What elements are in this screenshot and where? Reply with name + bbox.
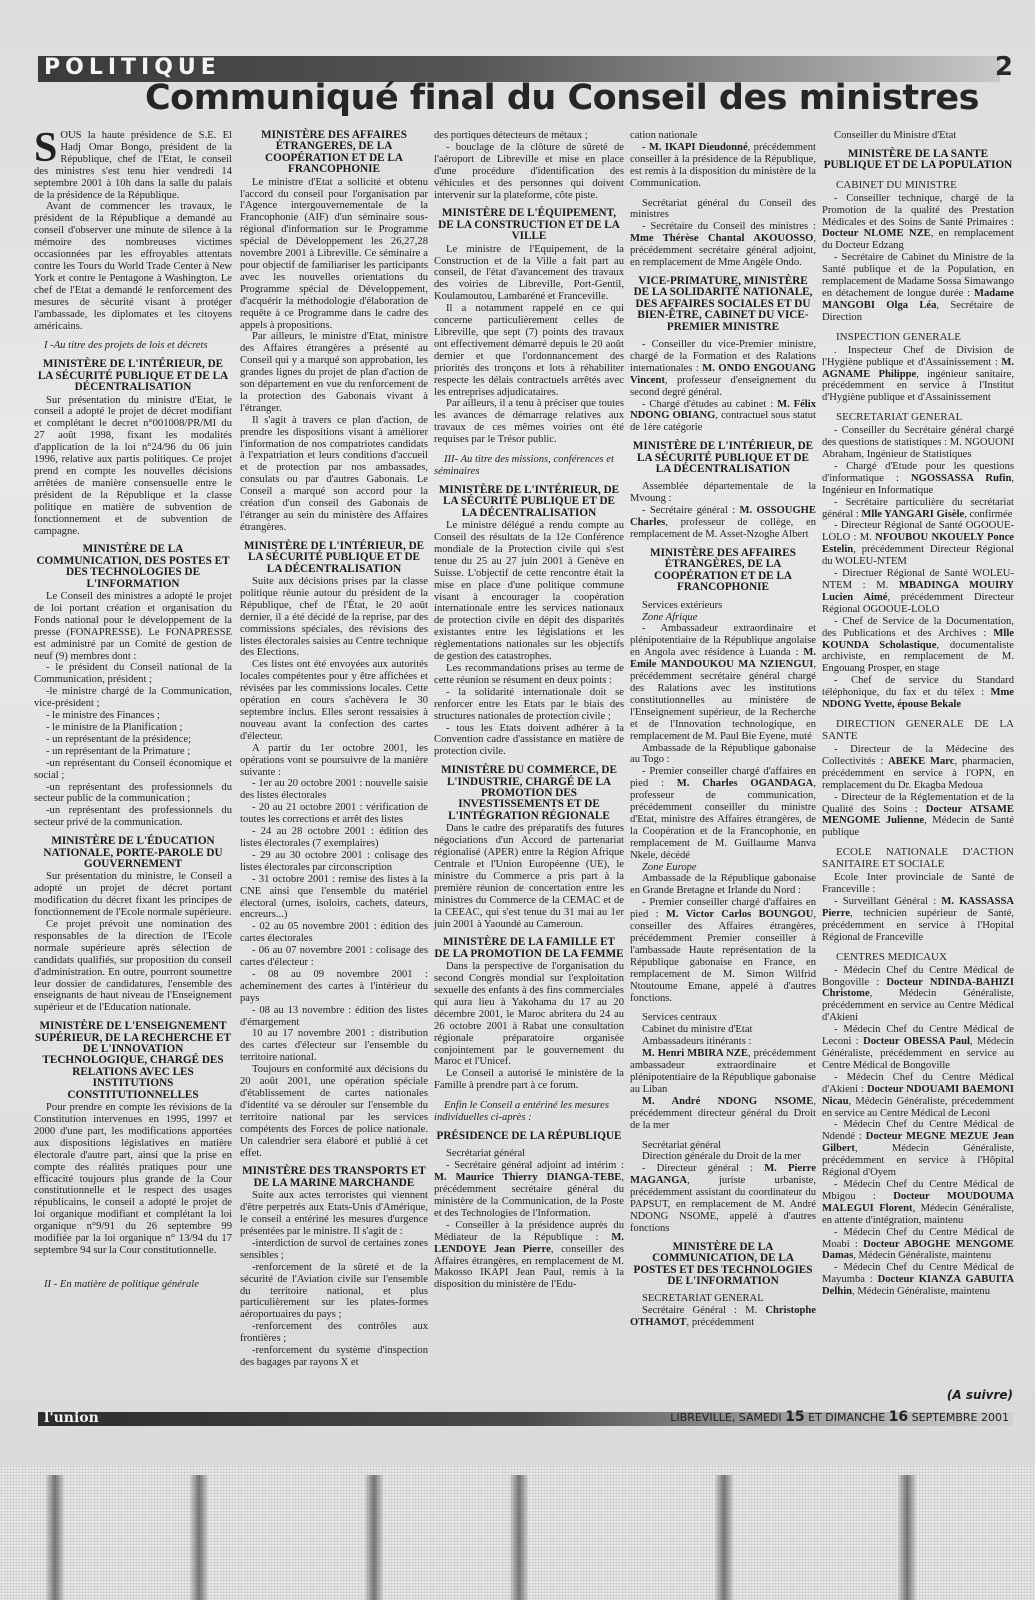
ministry-heading: MINISTÈRE DE LA SANTE PUBLIQUE ET DE LA … [822, 149, 1014, 172]
appointment: - Directeur de la Médecine des Collectiv… [822, 744, 1014, 792]
appointment: - Chef de Service de la Documentation, d… [822, 616, 1014, 676]
appointee-name: M. Victor Carlos BOUNGOU [666, 909, 813, 920]
scan-artifact [715, 1475, 733, 1600]
sub-label: Ambassadeurs itinérants : [630, 1036, 816, 1048]
sub-label: Services centraux [630, 1012, 816, 1024]
appointment: - Médecin Chef du Centre Médical de Nden… [822, 1119, 1014, 1179]
article-paragraph: Le ministre de l'Equipement, de la Const… [434, 244, 624, 304]
appointment: - Conseiller du vice-Premier ministre, c… [630, 339, 816, 399]
appointee-name: M. André NDONG NSOME [642, 1096, 813, 1107]
column-1: SOUS la haute présidence de S.E. El Hadj… [34, 130, 232, 1295]
ministry-heading: MINISTÈRE DE L'INTÉRIEUR, DE LA SÉCURITÉ… [240, 541, 428, 575]
department-label: CENTRES MEDICAUX [822, 951, 1014, 963]
appointee-name: Mme Thérèse Chantal AKOUOSSO [630, 233, 813, 244]
article-paragraph: Suite aux décisions prises par la classe… [240, 576, 428, 659]
column-4: cation nationale - M. IKAPI Dieudonné, p… [630, 130, 816, 1329]
list-item: -renforcement du système d'inspection de… [240, 1345, 428, 1369]
part-heading: II - En matière de politique générale [34, 1279, 232, 1291]
article-paragraph: Le Conseil a autorisé le ministère de la… [434, 1068, 624, 1092]
department-label: INSPECTION GENERALE [822, 331, 1014, 343]
intro-paragraph-2: Avant de commencer les travaux, le prési… [34, 201, 232, 332]
appointee-name: Mlle YANGARI Gisèle [861, 509, 964, 520]
list-item: - 20 au 21 octobre 2001 : vérification d… [240, 802, 428, 826]
ministry-heading: MINISTÈRE DES TRANSPORTS ET DE LA MARINE… [240, 1166, 428, 1189]
appointment: - Conseiller du Secrétaire général charg… [822, 425, 1014, 461]
department-label: ECOLE NATIONALE D'ACTION SANITAIRE ET SO… [822, 846, 1014, 870]
appointment: M. André NDONG NSOME, précédemment direc… [630, 1096, 816, 1132]
article-paragraph: cation nationale [630, 130, 816, 142]
article-paragraph: Sur présentation du ministre, le Conseil… [34, 871, 232, 919]
appointment: - Médecin Chef du Centre Médical de Mayu… [822, 1262, 1014, 1298]
article-paragraph: A partir du 1er octobre 2001, les opérat… [240, 743, 428, 779]
appointee-name: M. Maurice Thierry DIANGA-TEBE [434, 1172, 621, 1183]
scan-artifact [190, 1475, 208, 1600]
ministry-heading: MINISTÈRE DE LA COMMUNICATION, DES POSTE… [34, 544, 232, 590]
appointment: - Directeur Régional de Santé OGOOUE-LOL… [822, 520, 1014, 568]
zone-label: Zone Afrique [630, 612, 816, 624]
list-item: - 31 octobre 2001 : remise des listes à … [240, 874, 428, 922]
appointee-name: NGOSSASSA Rufin [911, 473, 1011, 484]
column-5: Conseiller du Ministre d'Etat MINISTÈRE … [822, 130, 1014, 1298]
appointment: - Directeur de la Réglementation et de l… [822, 792, 1014, 840]
appointment: - Secrétaire particulière du secrétariat… [822, 497, 1014, 521]
appointee-name: M. Charles OGANDAGA [677, 778, 814, 789]
article-paragraph: Ce projet prévoit une nomination des res… [34, 919, 232, 1014]
column-3: des portiques détecteurs de métaux ; - b… [434, 130, 624, 1291]
appointment: - Médecin Chef du Centre Médical de Leco… [822, 1024, 1014, 1072]
ministry-heading: VICE-PRIMATURE, MINISTÈRE DE LA SOLIDARI… [630, 276, 816, 333]
appointment: - Secrétaire général adjoint ad intérim … [434, 1160, 624, 1220]
headline: Communiqué final du Conseil des ministre… [145, 78, 905, 118]
appointment: . Inspecteur Chef de Division de l'Hygiè… [822, 345, 1014, 405]
list-item: -un représentant des professionnels du s… [34, 805, 232, 829]
appointment: - Conseiller à la présidence auprès du M… [434, 1220, 624, 1291]
article-paragraph: Il s'agit à travers ce plan d'action, de… [240, 415, 428, 534]
appointment: - Médecin Chef du Centre Médical de Bong… [822, 965, 1014, 1025]
article-paragraph: Le ministre d'Etat a sollicité et obtenu… [240, 177, 428, 332]
ministry-heading: MINISTÈRE DE L'ÉQUIPEMENT, DE LA CONSTRU… [434, 208, 624, 242]
article-paragraph: Par ailleurs, il a tenu à préciser que t… [434, 398, 624, 446]
list-item: - 02 au 05 novembre 2001 : édition des c… [240, 921, 428, 945]
article-paragraph: Pour prendre en compte les révisions de … [34, 1102, 232, 1257]
sub-label: Services extérieurs [630, 600, 816, 612]
section-label: POLITIQUE [44, 55, 221, 80]
appointment: - M. IKAPI Dieudonné, précédemment conse… [630, 142, 816, 190]
appointment: - Premier conseiller chargé d'affaires e… [630, 897, 816, 1004]
appointment: - Directeur général : M. Pierre MAGANGA,… [630, 1163, 816, 1234]
scan-artifact [365, 1475, 383, 1600]
department-label: CABINET DU MINISTRE [822, 179, 1014, 191]
article-paragraph: Le Conseil des ministres a adopté le pro… [34, 591, 232, 662]
list-item: 10 au 17 novembre 2001 : distribution de… [240, 1028, 428, 1064]
appointment: - Surveillant Général : M. KASSASSA Pier… [822, 896, 1014, 944]
scan-artifact [898, 1475, 916, 1600]
list-item: - la solidarité internationale doit se r… [434, 687, 624, 723]
appointee-name: M. Henri MBIRA NZE [642, 1048, 748, 1059]
drop-cap: S [34, 131, 57, 165]
department-label: SECRETARIAT GENERAL [822, 411, 1014, 423]
article-paragraph: Dans la perspective de l'organisation du… [434, 961, 624, 1068]
list-item: - 1er au 20 octobre 2001 : nouvelle sais… [240, 778, 428, 802]
article-paragraph: Le ministre délégué a rendu compte au Co… [434, 520, 624, 663]
list-item: - un représentant de la présidence; [34, 734, 232, 746]
list-item: -un représentant des professionnels du s… [34, 782, 232, 806]
list-item: - le ministre des Finances ; [34, 710, 232, 722]
page-number: 2 [995, 52, 1013, 82]
ministry-heading: MINISTÈRE DE LA FAMILLE ET DE LA PROMOTI… [434, 937, 624, 960]
article-paragraph: Conseiller du Ministre d'Etat [822, 130, 1014, 142]
appointee-name: ABEKE Marc [888, 756, 954, 767]
list-item: - bouclage de la clôture de sûreté de l'… [434, 142, 624, 202]
list-item: -un représentant du Conseil économique e… [34, 758, 232, 782]
appointment: - Chef de service du Standard téléphoniq… [822, 675, 1014, 711]
ministry-heading: MINISTÈRE DE L'INTÉRIEUR, DE LA SÉCURITÉ… [34, 359, 232, 393]
appointee-name: Docteur NLOME NZE [822, 228, 931, 239]
list-item: - un représentant de la Primature ; [34, 746, 232, 758]
list-item: - le ministre de la Planification ; [34, 722, 232, 734]
part-heading: III- Au titre des missions, conférences … [434, 454, 624, 478]
sub-label: Secrétariat général du Conseil des minis… [630, 198, 816, 222]
appointment: - Premier conseiller chargé d'affaires e… [630, 766, 816, 861]
article-paragraph: Les recommandations prises au terme de c… [434, 663, 624, 687]
scan-artifact [46, 1475, 64, 1600]
issue-date: Libreville, samedi 15 et dimanche 16 sep… [670, 1409, 1009, 1425]
list-item: - 24 au 28 octobre 2001 : édition des li… [240, 826, 428, 850]
sub-label: SECRETARIAT GENERAL [630, 1293, 816, 1305]
appointment: - Secrétaire de Cabinet du Ministre de l… [822, 252, 1014, 323]
zone-label: Zone Europe [630, 862, 816, 874]
appointment: - Secrétaire général : M. OSSOUGHE Charl… [630, 505, 816, 541]
scan-artifact [510, 1475, 528, 1600]
ministry-heading: MINISTÈRE DE L'INTÉRIEUR, DE LA SÉCURITÉ… [434, 485, 624, 519]
ministry-heading: MINISTÈRE DES AFFAIRES ÉTRANGÈRES, DE LA… [630, 548, 816, 594]
ministry-heading: MINISTÈRE DE L'ENSEIGNEMENT SUPÉRIEUR, D… [34, 1021, 232, 1101]
ministry-heading: MINISTÈRE DE L'INTÉRIEUR, DE LA SÉCURITÉ… [630, 441, 816, 475]
list-item: - 06 au 07 novembre 2001 : colisage des … [240, 945, 428, 969]
sub-label: Secrétariat général [434, 1148, 624, 1160]
sub-label: Assemblée départementale de la Mvoung : [630, 481, 816, 505]
intro-paragraph: SOUS la haute présidence de S.E. El Hadj… [34, 130, 232, 201]
article-paragraph: des portiques détecteurs de métaux ; [434, 130, 624, 142]
appointment: Secrétaire Général : M. Christophe OTHAM… [630, 1305, 816, 1329]
part-heading: I -Au titre des projets de lois et décre… [34, 340, 232, 352]
appointment: - Directuer Régional de Santé WOLEU-NTEM… [822, 568, 1014, 616]
column-2: MINISTÈRE DES AFFAIRES ÉTRANGERES, DE LA… [240, 130, 428, 1369]
sub-label: Ambassade de la République gabonaise en … [630, 873, 816, 897]
article-paragraph: Toujours en conformité aux décisions du … [240, 1064, 428, 1159]
sub-label: Ecole Inter provinciale de Santé de Fran… [822, 872, 1014, 896]
appointee-name: Docteur OBESSA Paul [863, 1036, 970, 1047]
list-item: -interdiction de survol de certaines zon… [240, 1238, 428, 1262]
list-item: - 08 au 09 novembre 2001 : acheminement … [240, 969, 428, 1005]
ministry-heading: PRÉSIDENCE DE LA RÉPUBLIQUE [434, 1131, 624, 1142]
appointment: - Médecin Chef du Centre Médical d'Akien… [822, 1072, 1014, 1120]
sub-label: Ambassade de la République gabonaise au … [630, 743, 816, 767]
list-item: - 08 au 13 novembre : édition des listes… [240, 1005, 428, 1029]
ministry-heading: MINISTÈRE DE L'ÉDUCATION NATIONALE, PORT… [34, 836, 232, 870]
list-item: -renforcement de la sûreté et de la sécu… [240, 1262, 428, 1322]
ministry-heading: MINISTÈRE DU COMMERCE, DE L'INDUSTRIE, C… [434, 765, 624, 822]
appointment: - Ambassadeur extraordinaire et plénipot… [630, 623, 816, 742]
appointment: M. Henri MBIRA NZE, précédemment ambassa… [630, 1048, 816, 1096]
ministry-heading: MINISTÈRE DES AFFAIRES ÉTRANGERES, DE LA… [240, 130, 428, 176]
appointment: - Conseiller technique, chargé de la Pro… [822, 193, 1014, 253]
article-paragraph: Par ailleurs, le ministre d'Etat, minist… [240, 331, 428, 414]
article-paragraph: Dans le cadre des préparatifs des future… [434, 823, 624, 930]
department-label: DIRECTION GENERALE DE LA SANTE [822, 718, 1014, 742]
article-paragraph: Il a notamment rappelé en ce qui concern… [434, 303, 624, 398]
list-item: -le ministre chargé de la Communication,… [34, 686, 232, 710]
article-paragraph: Suite aux actes terroristes qui viennent… [240, 1190, 428, 1238]
sub-label: Direction générale du Droit de la mer [630, 1151, 816, 1163]
appointment: - Médecin Chef du Centre Médical de Moab… [822, 1227, 1014, 1263]
list-item: - 29 au 30 octobre 2001 : colisage des l… [240, 850, 428, 874]
appointment: - Secrétaire du Conseil des ministres : … [630, 221, 816, 269]
appointment: - Chargé d'études au cabinet : M. Félix … [630, 399, 816, 435]
continued-label: (A suivre) [947, 1388, 1013, 1402]
appointee-name: - M. IKAPI Dieudonné [642, 142, 748, 153]
appointment: - Chargé d'Etude pour les questions d'in… [822, 461, 1014, 497]
article-paragraph: Ces listes ont été envoyées aux autorité… [240, 659, 428, 742]
part-heading: Enfin le Conseil a entériné les mesures … [434, 1100, 624, 1124]
list-item: - le président du Conseil national de la… [34, 662, 232, 686]
list-item: -renforcement des contrôles aux frontièr… [240, 1321, 428, 1345]
list-item: - tous les Etats doivent adhérer à la Co… [434, 723, 624, 759]
ministry-heading: MINISTÈRE DE LA COMMUNICATION, DE LA POS… [630, 1242, 816, 1288]
newspaper-brand: l'union [44, 1410, 99, 1426]
sub-label: Cabinet du ministre d'Etat [630, 1024, 816, 1036]
article-paragraph: Sur présentation du ministre d'Etat, le … [34, 395, 232, 538]
appointment: - Médecin Chef du Centre Médical de Mbig… [822, 1179, 1014, 1227]
sub-label: Secrétariat général [630, 1140, 816, 1152]
scanner-background [0, 1465, 1035, 1600]
